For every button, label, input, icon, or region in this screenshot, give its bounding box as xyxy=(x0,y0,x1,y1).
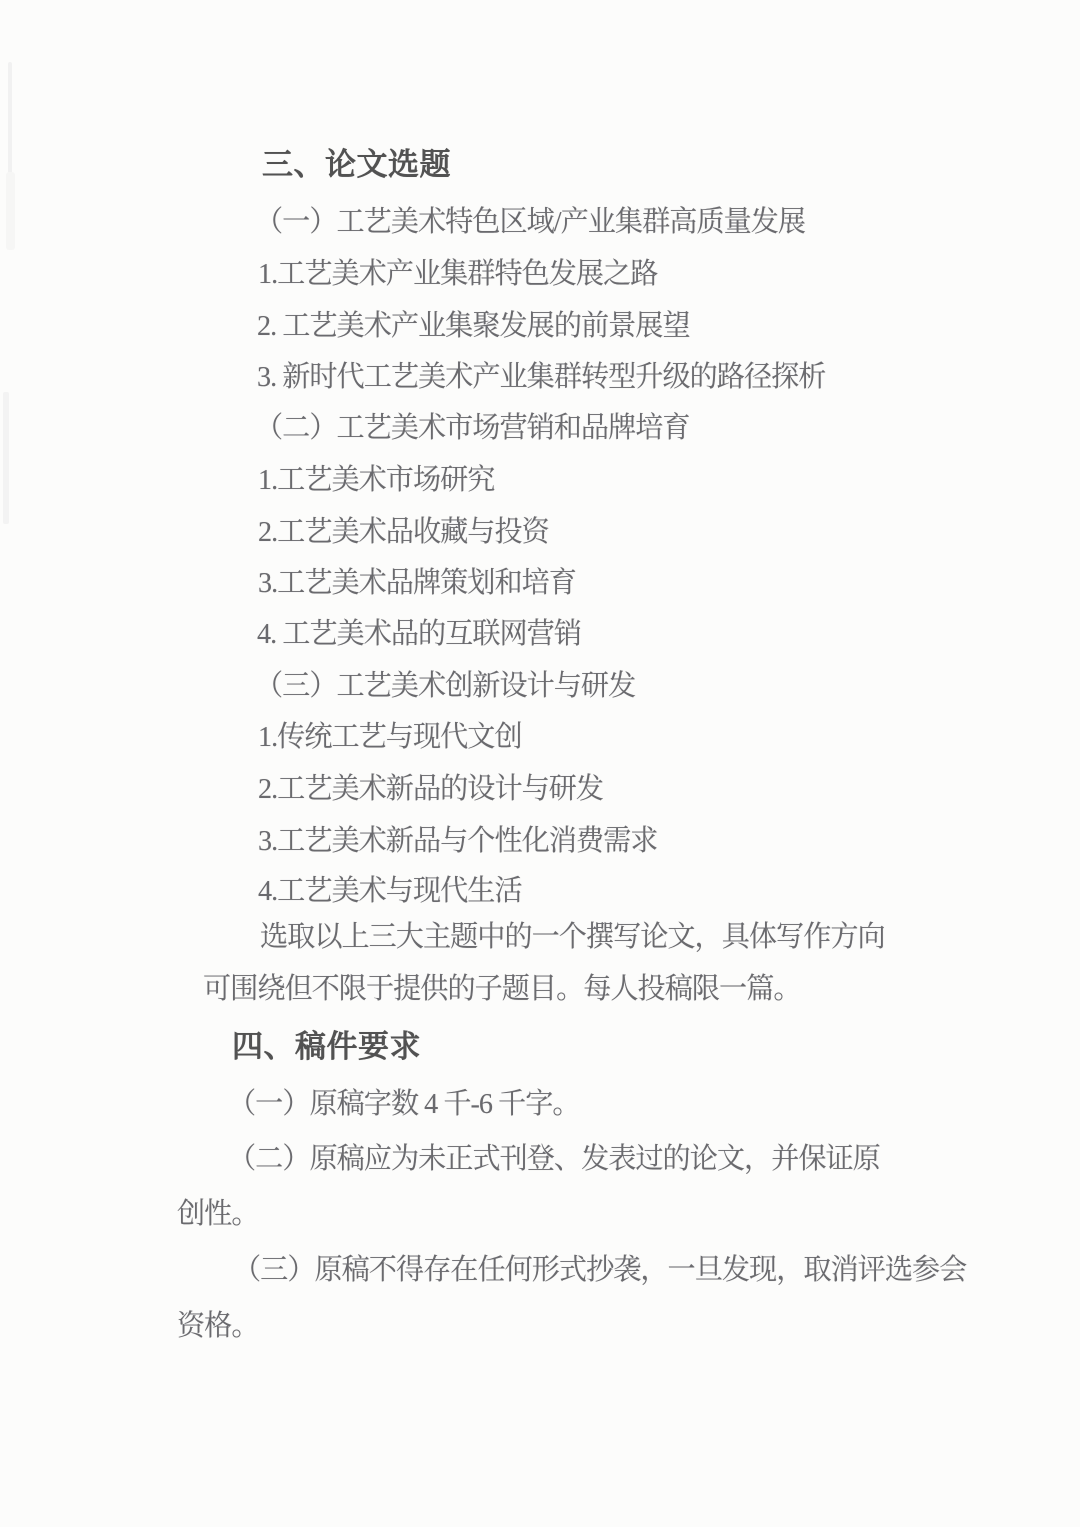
section-heading-submission-requirements: 四、稿件要求 xyxy=(232,1029,421,1065)
scanned-document-page: 三、论文选题 （一）工艺美术特色区域/产业集群高质量发展 1.工艺美术产业集群特… xyxy=(0,0,1080,1527)
scan-edge-artifact xyxy=(8,62,12,177)
body-paragraph-line: 可围绕但不限于提供的子题目。每人投稿限一篇。 xyxy=(203,973,801,1006)
section-heading-essay-topics: 三、论文选题 xyxy=(262,147,451,183)
requirement-line: （三）原稿不得存在任何形式抄袭，一旦发现，取消评选参会 xyxy=(233,1254,966,1287)
scan-edge-artifact xyxy=(6,172,15,250)
topic-list-item: 1.工艺美术产业集群特色发展之路 xyxy=(258,258,657,291)
requirement-line-continuation: 创性。 xyxy=(177,1198,258,1231)
topic-list-item: 3. 新时代工艺美术产业集群转型升级的路径探析 xyxy=(257,361,825,394)
topic-list-item: 3.工艺美术新品与个性化消费需求 xyxy=(258,825,657,858)
requirement-line-continuation: 资格。 xyxy=(177,1310,258,1343)
topic-list-item: 4. 工艺美术品的互联网营销 xyxy=(257,618,581,651)
topic-list-item: 4.工艺美术与现代生活 xyxy=(258,875,522,908)
topic-list-item: 1.传统工艺与现代文创 xyxy=(258,721,522,754)
topic-list-item: 2.工艺美术品收藏与投资 xyxy=(258,516,549,549)
subsection-heading-1: （一）工艺美术特色区域/产业集群高质量发展 xyxy=(255,206,805,239)
topic-list-item: 1.工艺美术市场研究 xyxy=(258,464,494,497)
subsection-heading-3: （三）工艺美术创新设计与研发 xyxy=(255,670,635,703)
body-paragraph-line: 选取以上三大主题中的一个撰写论文，具体写作方向 xyxy=(260,921,885,954)
topic-list-item: 3.工艺美术品牌策划和培育 xyxy=(258,567,576,600)
scan-edge-artifact xyxy=(3,392,9,524)
subsection-heading-2: （二）工艺美术市场营销和品牌培育 xyxy=(255,412,690,445)
requirement-line: （二）原稿应为未正式刊登、发表过的论文，并保证原 xyxy=(228,1143,880,1176)
topic-list-item: 2.工艺美术新品的设计与研发 xyxy=(258,773,603,806)
topic-list-item: 2. 工艺美术产业集聚发展的前景展望 xyxy=(257,310,690,343)
requirement-line: （一）原稿字数 4 千-6 千字。 xyxy=(228,1088,580,1121)
